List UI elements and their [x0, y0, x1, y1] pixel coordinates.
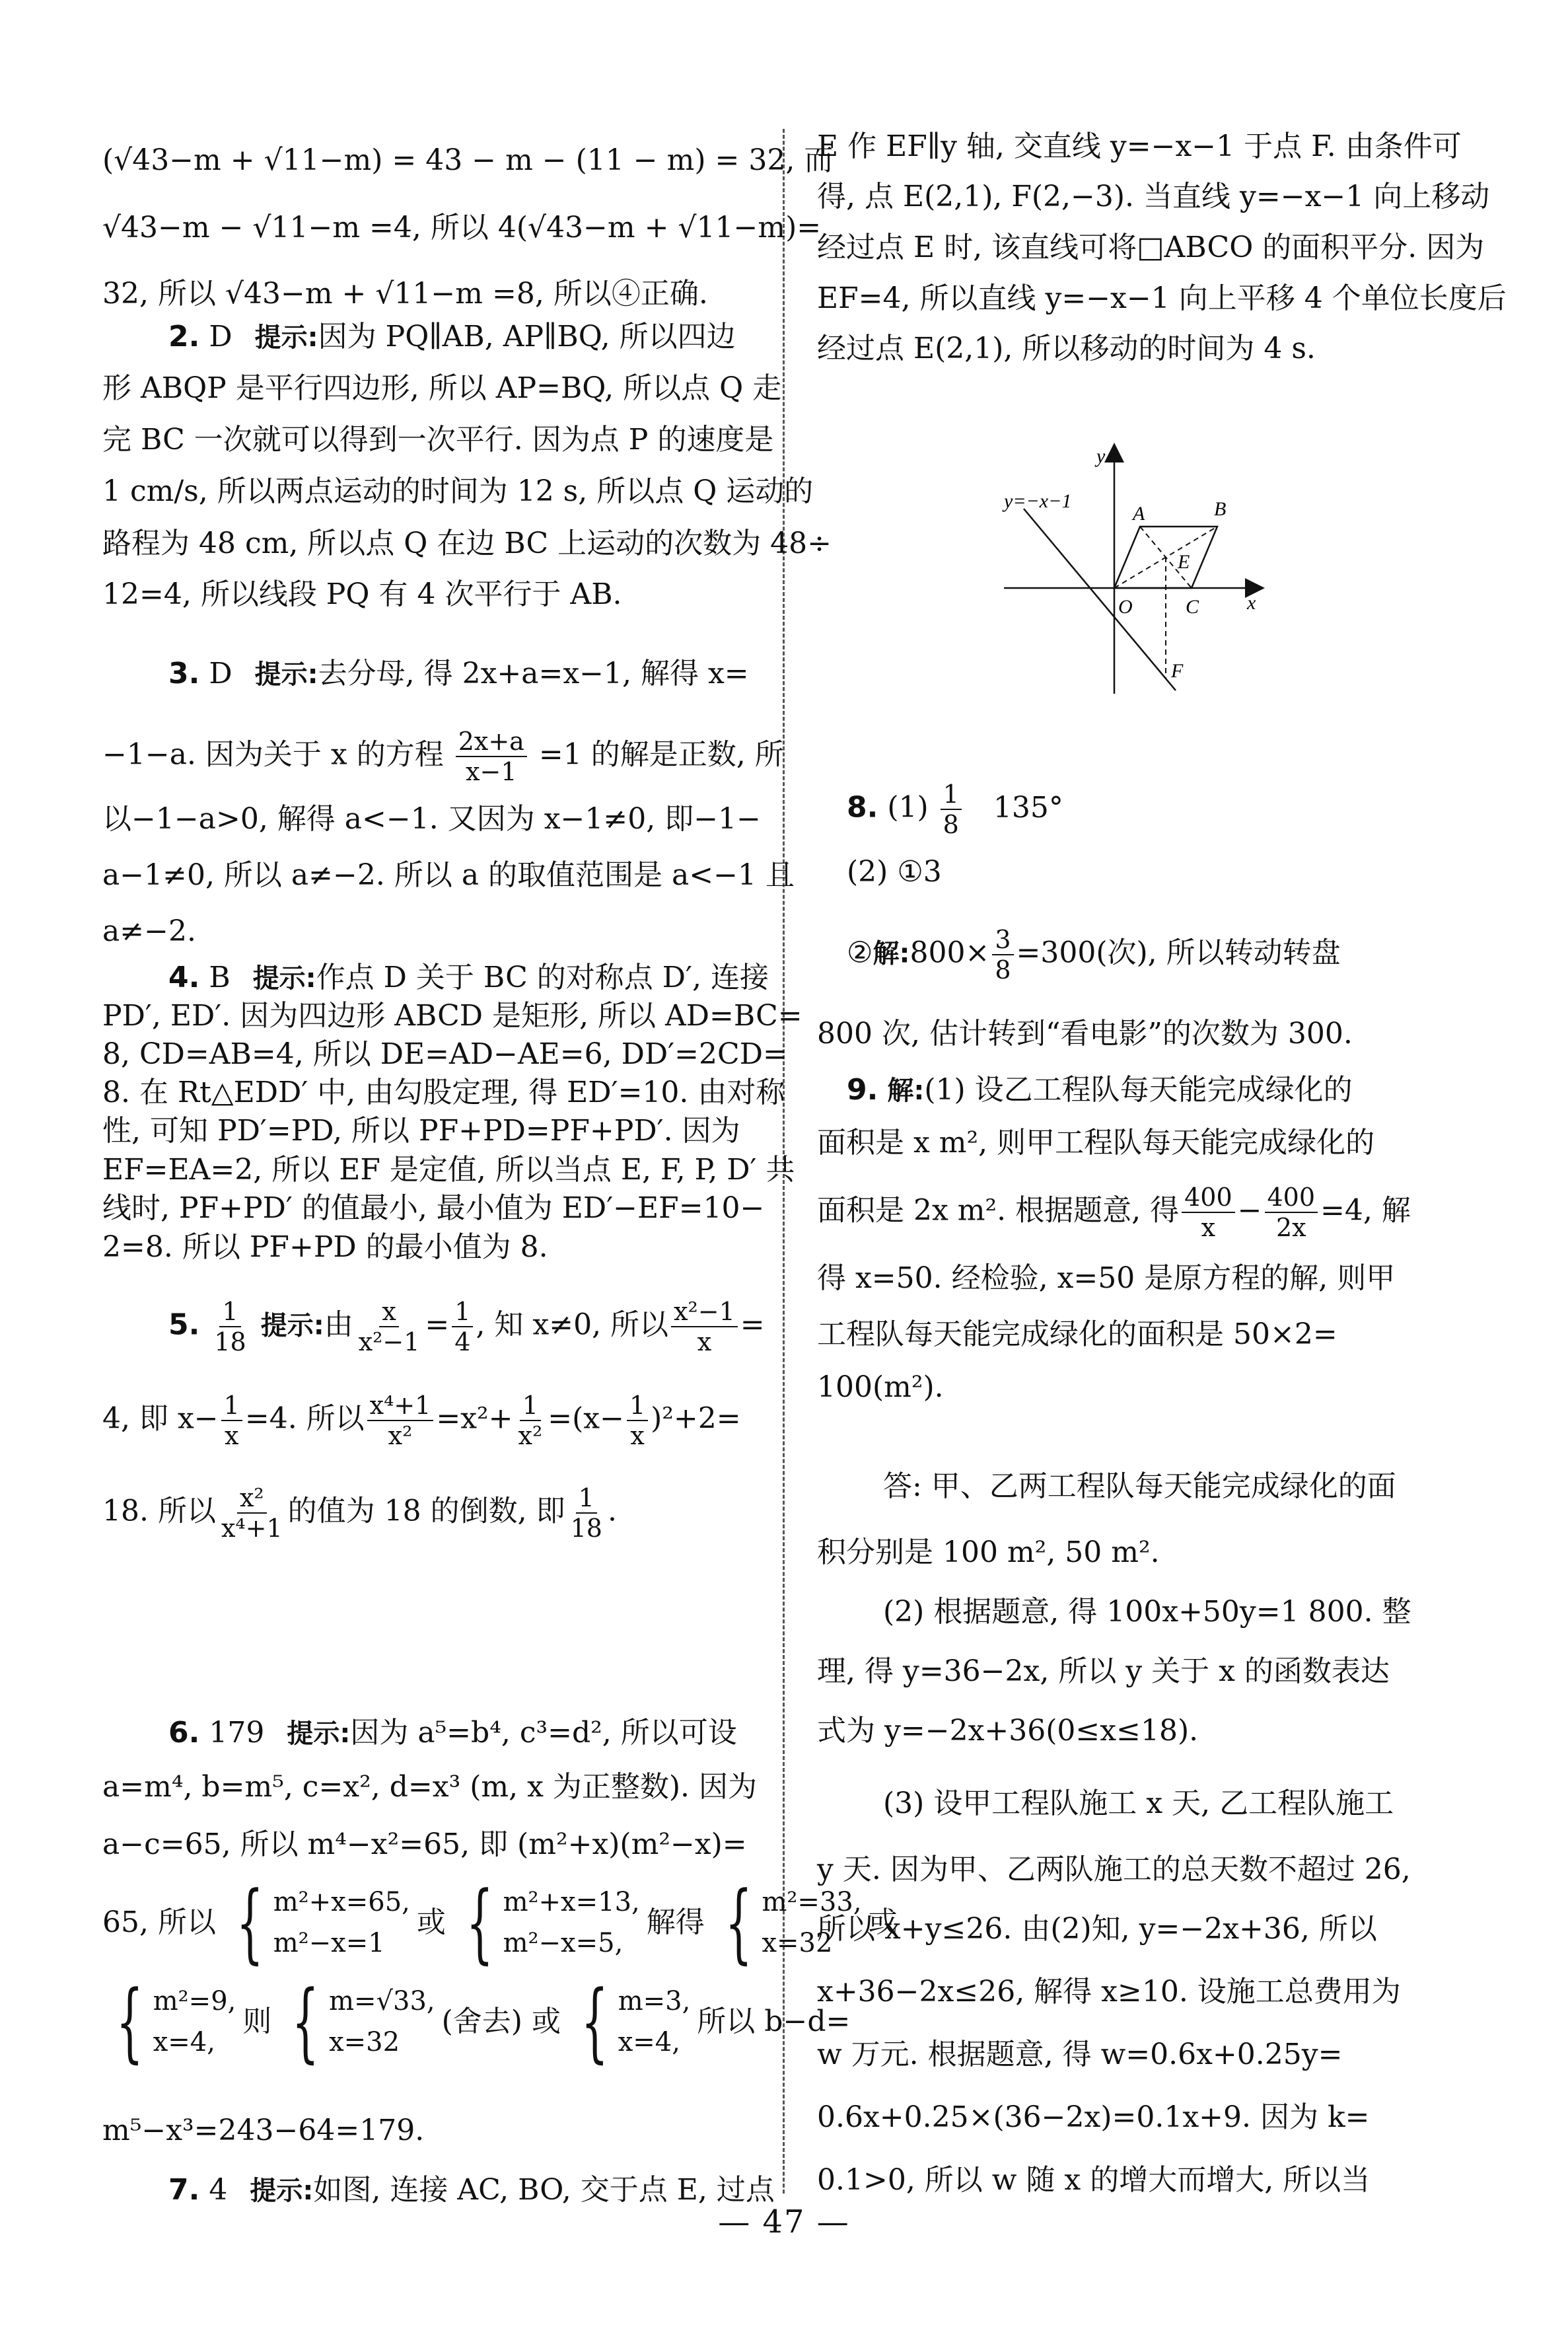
fraction: 400x [1182, 1183, 1235, 1242]
text: )²+2= [651, 1402, 741, 1436]
text-line: a≠−2. [102, 912, 196, 951]
part-label: (1) [887, 791, 928, 825]
question-6-header: 6. 179 提示:因为 a⁵=b⁴, c³=d², 所以可设 [102, 1713, 737, 1753]
text-line: 8. 在 Rt△EDD′ 中, 由勾股定理, 得 ED′=10. 由对称 [102, 1073, 785, 1113]
numerator: 1 [221, 1391, 242, 1421]
answer: 179 [209, 1716, 264, 1750]
text: 的值为 18 的倒数, 即 [288, 1495, 565, 1528]
fraction: 1x [627, 1391, 648, 1450]
question-number: 3. [168, 657, 199, 690]
text-line: 32, 所以 √43−m + √11−m =8, 所以④正确. [102, 274, 708, 314]
question-number: 2. [168, 320, 199, 353]
text: (舍去) 或 [442, 2002, 561, 2042]
text-line: y 天. 因为甲、乙两队施工的总天数不超过 26, [817, 1850, 1411, 1890]
text-line: 经过点 E 时, 该直线可将□ABCO 的面积平分. 因为 [817, 228, 1484, 268]
question-5-header: 5. 118 提示:由xx²−1=14, 知 x≠0, 所以x²−1x= [102, 1297, 765, 1356]
text: = [425, 1308, 449, 1342]
text: 800× [909, 936, 989, 970]
denominator: 4 [452, 1327, 473, 1356]
text-line: 工程队每天能完成绿化的面积是 50×2= [817, 1315, 1337, 1354]
text: − [1238, 1194, 1262, 1228]
text-line: EF=4, 所以直线 y=−x−1 向上平移 4 个单位长度后 [817, 279, 1507, 318]
text-line: E 作 EF∥y 轴, 交直线 y=−x−1 于点 F. 由条件可 [817, 127, 1462, 166]
hint-text: 去分母, 得 2x+a=x−1, 解得 x= [318, 657, 749, 690]
equation-system-line: {m²=9,x=4, 则 {m=√33,x=32 (舍去) 或 {m=3,x=4… [102, 1975, 850, 2068]
fraction: 14 [452, 1297, 473, 1356]
numerator: x [379, 1297, 398, 1327]
text-line: a=m⁴, b=m⁵, c=x², d=x³ (m, x 为正整数). 因为 [102, 1767, 757, 1807]
point-a-label: A [1131, 503, 1145, 525]
text: (1) 设乙工程队每天能完成绿化的 [924, 1073, 1352, 1107]
text-line: x+36−2x≤26, 解得 x≥10. 设施工总费用为 [817, 1972, 1401, 2012]
text-line: 所以 x+y≤26. 由(2)知, y=−2x+36, 所以 [817, 1909, 1377, 1949]
numerator: 400 [1182, 1183, 1235, 1213]
parallelogram-diagram: y=−x−1 y x O A B C E F [971, 423, 1341, 700]
text-line: 12=4, 所以线段 PQ 有 4 次平行于 AB. [102, 575, 622, 614]
denominator: x−1 [463, 757, 519, 786]
equation-system: {m²=9,x=4, [102, 1979, 236, 2065]
text: =(x− [548, 1402, 624, 1436]
denominator: x² [516, 1421, 546, 1450]
question-number: 6. [168, 1716, 199, 1750]
equation: m²−x=1 [273, 1923, 410, 1964]
text: 或 [417, 1903, 446, 1942]
question-4-header: 4. B 提示:作点 D 关于 BC 的对称点 D′, 连接 [102, 958, 769, 998]
text: =x²+ [436, 1402, 513, 1436]
fraction: xx²−1 [356, 1297, 423, 1356]
equation: m²+x=13, [503, 1882, 640, 1923]
text-line-with-fraction: 18. 所以x²x⁴+1的值为 18 的倒数, 即118. [102, 1483, 617, 1543]
text: . [608, 1495, 617, 1528]
point-b-label: B [1214, 498, 1226, 520]
question-number: 7. [168, 2173, 199, 2207]
hint-label: 提示: [250, 2176, 313, 2206]
text-line: 面积是 x m², 则甲工程队每天能完成绿化的 [817, 1123, 1374, 1163]
text-line: w 万元. 根据题意, 得 w=0.6x+0.25y= [817, 2035, 1342, 2075]
fraction: 18 [941, 780, 962, 839]
numerator: 1 [219, 1297, 240, 1327]
answer: B [209, 961, 230, 994]
text: , 知 x≠0, 所以 [476, 1308, 668, 1342]
hint-label: 提示: [255, 322, 318, 353]
text-line: 形 ABQP 是平行四边形, 所以 AP=BQ, 所以点 Q 走 [102, 369, 781, 408]
denominator: x⁴+1 [219, 1514, 285, 1543]
line-y-neg-x-minus-1 [1024, 509, 1176, 690]
numerator: 1 [941, 780, 962, 810]
text-line: 8, CD=AB=4, 所以 DE=AD−AE=6, DD′=2CD= [102, 1035, 787, 1074]
hint-text: 如图, 连接 AC, BO, 交于点 E, 过点 [313, 2173, 775, 2207]
text-line: 800 次, 估计转到“看电影”的次数为 300. [817, 1014, 1353, 1054]
equation-system: {m²+x=65,m²−x=1 [223, 1880, 410, 1966]
fraction: x⁴+1x² [367, 1391, 434, 1450]
question-number: 8. [847, 791, 878, 825]
numerator: 2x+a [456, 727, 527, 757]
answer-line: 答: 甲、乙两工程队每天能完成绿化的面 [817, 1467, 1396, 1506]
numerator: 1 [627, 1391, 648, 1421]
equation: m=3, [618, 1981, 691, 2022]
text: 由 [324, 1308, 353, 1342]
text: 解得 [647, 1903, 705, 1942]
question-number: 4. [168, 961, 199, 994]
denominator: x [1199, 1213, 1218, 1242]
point-c-label: C [1186, 596, 1199, 618]
fraction: 1x [221, 1391, 242, 1450]
text-line: 0.6x+0.25×(36−2x)=0.1x+9. 因为 k= [817, 2098, 1370, 2137]
answer: D [209, 320, 232, 353]
x-axis-label: x [1246, 592, 1256, 614]
text-line: EF=EA=2, 所以 EF 是定值, 所以当点 E, F, P, D′ 共 [102, 1150, 795, 1190]
question-8-part1: 8. (1) 18 135° [817, 780, 1063, 839]
question-2-header: 2. D 提示:因为 PQ∥AB, AP∥BQ, 所以四边 [102, 317, 736, 357]
text-line: 经过点 E(2,1), 所以移动的时间为 4 s. [817, 329, 1316, 369]
text-line: 得, 点 E(2,1), F(2,−3). 当直线 y=−x−1 向上移动 [817, 177, 1489, 217]
equation: x=4, [153, 2022, 236, 2063]
text: =4. 所以 [245, 1402, 365, 1436]
text: =1 的解是正数, 所 [539, 738, 784, 772]
text-line: 式为 y=−2x+36(0≤x≤18). [817, 1711, 1198, 1751]
denominator: x [222, 1421, 241, 1450]
text: 面积是 2x m². 根据题意, 得 [817, 1194, 1179, 1228]
point-f-label: F [1170, 660, 1184, 682]
text-line: 性, 可知 PD′=PD, 所以 PF+PD=PF+PD′. 因为 [102, 1111, 740, 1151]
solve-label: 解: [873, 939, 909, 969]
text-line: (√43−m + √11−m) = 43 − m − (11 − m) = 32… [102, 141, 833, 180]
equation: m²−x=5, [503, 1923, 640, 1964]
equation: m=√33, [329, 1981, 435, 2022]
denominator: x [695, 1327, 714, 1356]
text-line: a−c=65, 所以 m⁴−x²=65, 即 (m²+x)(m²−x)= [102, 1825, 747, 1864]
numerator: 400 [1265, 1183, 1318, 1213]
hint-label: 提示: [253, 963, 316, 994]
text-line: 0.1>0, 所以 w 随 x 的增大而增大, 所以当 [817, 2160, 1370, 2200]
text-line: 以−1−a>0, 解得 a<−1. 又因为 x−1≠0, 即−1− [102, 799, 761, 839]
text-line: 积分别是 100 m², 50 m². [817, 1533, 1160, 1572]
part-3-line: (3) 设甲工程队施工 x 天, 乙工程队施工 [817, 1784, 1394, 1824]
fraction: 4002x [1265, 1183, 1318, 1242]
text-line: 完 BC 一次就可以得到一次平行. 因为点 P 的速度是 [102, 420, 773, 460]
answer: 4 [209, 2173, 227, 2207]
equation-system-line: 65, 所以 {m²+x=65,m²−x=1 或 {m²+x=13,m²−x=5… [102, 1876, 898, 1969]
numerator: x²−1 [671, 1297, 738, 1327]
numerator: x² [237, 1483, 267, 1514]
fraction: 1x² [516, 1391, 546, 1450]
text-line: a−1≠0, 所以 a≠−2. 所以 a 的取值范围是 a<−1 且 [102, 856, 795, 895]
text-line: PD′, ED′. 因为四边形 ABCD 是矩形, 所以 AD=BC= [102, 996, 802, 1036]
denominator: 18 [211, 1327, 248, 1356]
denominator: x² [386, 1421, 415, 1450]
denominator: 18 [568, 1514, 605, 1543]
text: 18. 所以 [102, 1495, 216, 1528]
solve-label: 解: [887, 1076, 924, 1106]
hint-text: 作点 D 关于 BC 的对称点 D′, 连接 [316, 961, 769, 994]
equation-system: {m=3,x=4, [567, 1979, 690, 2065]
fraction: 2x+ax−1 [456, 727, 527, 786]
circled-number: ② [847, 936, 873, 970]
text-line-with-fraction: −1−a. 因为关于 x 的方程 2x+ax−1 =1 的解是正数, 所 [102, 727, 784, 766]
text: =4, 解 [1320, 1194, 1411, 1228]
angle-answer: 135° [993, 791, 1063, 825]
part-2-line: (2) 根据题意, 得 100x+50y=1 800. 整 [817, 1592, 1411, 1632]
text-line: m⁵−x³=243−64=179. [102, 2111, 424, 2151]
numerator: 3 [992, 925, 1013, 955]
equation: m²=9, [153, 1981, 236, 2022]
numerator: 1 [576, 1483, 597, 1514]
hint-label: 提示: [287, 1718, 350, 1749]
denominator: x²−1 [356, 1327, 423, 1356]
question-9-header: 9. 解:(1) 设乙工程队每天能完成绿化的 [817, 1070, 1353, 1110]
line-label: y=−x−1 [1002, 490, 1071, 512]
equation: m²+x=65, [273, 1882, 410, 1923]
answer: D [209, 657, 232, 690]
point-e-label: E [1177, 551, 1190, 573]
text-line-with-fraction: 面积是 2x m². 根据题意, 得400x−4002x=4, 解 [817, 1183, 1411, 1242]
equation-system: {m²+x=13,m²−x=5, [452, 1880, 640, 1966]
text-line: 理, 得 y=36−2x, 所以 y 关于 x 的函数表达 [817, 1652, 1390, 1691]
numerator: 1 [452, 1297, 473, 1327]
text-line-with-fraction: 4, 即 x−1x=4. 所以x⁴+1x²=x²+1x²=(x−1x)²+2= [102, 1391, 741, 1450]
fraction: x²−1x [671, 1297, 738, 1356]
text: 则 [242, 2002, 271, 2042]
coordinate-figure: y=−x−1 y x O A B C E F [971, 423, 1341, 700]
equation: x=4, [618, 2022, 691, 2063]
question-3-header: 3. D 提示:去分母, 得 2x+a=x−1, 解得 x= [102, 654, 749, 694]
fraction: 38 [992, 925, 1013, 984]
page-number: — 47 — [0, 2203, 1568, 2240]
text-line: 线时, PF+PD′ 的值最小, 最小值为 ED′−EF=10− [102, 1189, 764, 1228]
text: =300(次), 所以转动转盘 [1016, 936, 1341, 970]
point-o-label: O [1118, 596, 1133, 618]
numerator: x⁴+1 [367, 1391, 434, 1421]
text-line: 得 x=50. 经检验, x=50 是原方程的解, 则甲 [817, 1259, 1395, 1298]
hint-label: 提示: [261, 1311, 324, 1341]
numerator: 1 [520, 1391, 541, 1421]
text: 65, 所以 [102, 1903, 216, 1942]
answer-fraction: 118 [211, 1297, 248, 1356]
denominator: 8 [992, 955, 1013, 984]
denominator: 2x [1273, 1213, 1309, 1242]
denominator: 8 [941, 810, 962, 839]
denominator: x [627, 1421, 647, 1450]
fraction: 118 [568, 1483, 605, 1543]
hint-text: 因为 PQ∥AB, AP∥BQ, 所以四边 [318, 320, 736, 353]
text-line: 1 cm/s, 所以两点运动的时间为 12 s, 所以点 Q 运动的 [102, 472, 813, 511]
question-number: 5. [168, 1308, 199, 1342]
text: = [740, 1308, 765, 1342]
fraction: x²x⁴+1 [219, 1483, 285, 1543]
question-8-part2: (2) ①3 [817, 852, 942, 892]
text: 4, 即 x− [102, 1402, 219, 1436]
text-line: √43−m − √11−m =4, 所以 4(√43−m + √11−m)= [102, 208, 821, 248]
question-number: 9. [847, 1073, 878, 1107]
hint-label: 提示: [255, 659, 318, 690]
question-8-part2-solution: ②解:800×38=300(次), 所以转动转盘 [817, 925, 1341, 984]
text-line: 路程为 48 cm, 所以点 Q 在边 BC 上运动的次数为 48÷ [102, 524, 832, 564]
equation: x=32 [329, 2022, 435, 2063]
text-line: 2=8. 所以 PF+PD 的最小值为 8. [102, 1228, 548, 1267]
hint-text: 因为 a⁵=b⁴, c³=d², 所以可设 [350, 1716, 736, 1750]
equation-system: {m=√33,x=32 [278, 1979, 435, 2065]
text: −1−a. 因为关于 x 的方程 [102, 738, 444, 772]
y-axis-label: y [1094, 445, 1106, 467]
text-line: 100(m²). [817, 1368, 944, 1407]
